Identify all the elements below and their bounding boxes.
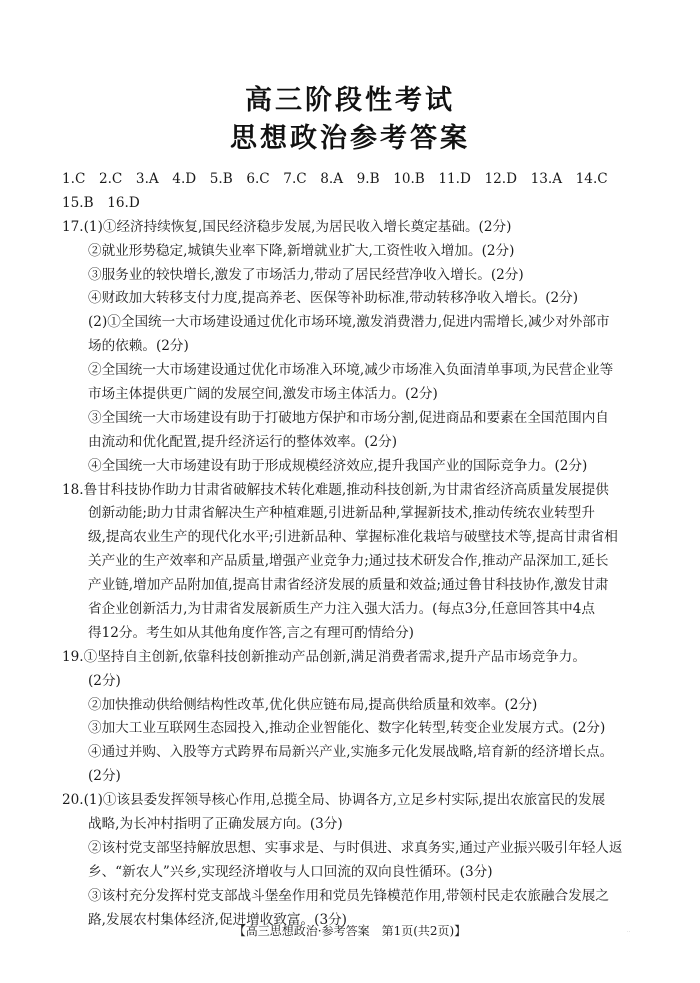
answer-line: ③该村充分发挥村党支部战斗堡垒作用和党员先锋模范作用,带领村民走农旅融合发展之 — [62, 885, 642, 909]
answer-line: ③全国统一大市场建设有助于打破地方保护和市场分割,促进商品和要素在全国范围内自 — [62, 407, 642, 431]
answer-line: 产业链,增加产品附加值,提高甘肃省经济发展的质量和效益;通过鲁甘科技协作,激发甘… — [62, 574, 642, 598]
question-20: 20.(1)①该县委发挥领导核心作用,总揽全局、协调各方,立足乡村实际,提出农旅… — [62, 789, 642, 932]
answer-line: ④财政加大转移支付力度,提高养老、医保等补助标准,带动转移净收入增长。(2分) — [62, 287, 642, 311]
question-18: 18.鲁甘科技协作助力甘肃省破解技术转化难题,推动科技创新,为甘肃省经济高质量发… — [62, 479, 642, 646]
answer-line: 由流动和优化配置,提升经济运行的整体效率。(2分) — [62, 431, 642, 455]
answer-line: 省企业创新活力,为甘肃省发展新质生产力注入强大活力。(每点3分,任意回答其中4点 — [62, 598, 642, 622]
answer-line: 20.(1)①该县委发挥领导核心作用,总揽全局、协调各方,立足乡村实际,提出农旅… — [62, 789, 642, 813]
answer-line: 19.①坚持自主创新,依靠科技创新推动产品创新,满足消费者需求,提升产品市场竞争… — [62, 646, 642, 670]
corner-mark: ·· — [627, 929, 630, 935]
answer-line: ③加大工业互联网生态园投入,推动企业智能化、数字化转型,转变企业发展方式。(2分… — [62, 717, 642, 741]
question-19: 19.①坚持自主创新,依靠科技创新推动产品创新,满足消费者需求,提升产品市场竞争… — [62, 646, 642, 789]
answer-line: ④通过并购、入股等方式跨界布局新兴产业,实施多元化发展战略,培育新的经济增长点。 — [62, 741, 642, 765]
answer-line: 关产业的生产效率和产品质量,增强产业竞争力;通过技术研发合作,推动产品深加工,延… — [62, 550, 642, 574]
document-subtitle: 思想政治参考答案 — [0, 116, 700, 155]
answer-line: 创新动能;助力甘肃省解决生产种植难题,引进新品种,掌握新技术,推动传统农业转型升 — [62, 502, 642, 526]
answer-line: ②该村党支部坚持解放思想、实事求是、与时俱进、求真务实,通过产业振兴吸引年轻人返 — [62, 837, 642, 861]
question-17: 17.(1)①经济持续恢复,国民经济稳步发展,为居民收入增长奠定基础。(2分) … — [62, 216, 642, 479]
answer-line: 级,提高农业生产的现代化水平;引进新品种、掌握标准化栽培与破壁技术等,提高甘肃省… — [62, 526, 642, 550]
answer-line: ③服务业的较快增长,激发了市场活力,带动了居民经营净收入增长。(2分) — [62, 264, 642, 288]
choice-answers-line-2: 15.B 16.D — [62, 192, 642, 216]
answer-line: (2)①全国统一大市场建设通过优化市场环境,激发消费潜力,促进内需增长,减少对外… — [62, 311, 642, 335]
answer-line: 市场主体提供更广阔的发展空间,激发市场主体活力。(2分) — [62, 383, 642, 407]
answer-content: 1.C 2.C 3.A 4.D 5.B 6.C 7.C 8.A 9.B 10.B… — [62, 168, 642, 933]
answer-line: 战略,为长冲村指明了正确发展方向。(3分) — [62, 813, 642, 837]
answer-line: 乡、“新农人”兴乡,实现经济增收与人口回流的双向良性循环。(3分) — [62, 861, 642, 885]
page-footer: 【高三思想政治·参考答案 第1页(共2页)】 — [0, 922, 700, 939]
answer-line: ②就业形势稳定,城镇失业率下降,新增就业扩大,工资性收入增加。(2分) — [62, 240, 642, 264]
answer-line: ④全国统一大市场建设有助于形成规模经济效应,提升我国产业的国际竞争力。(2分) — [62, 455, 642, 479]
answer-line: 场的依赖。(2分) — [62, 335, 642, 359]
choice-answers-line-1: 1.C 2.C 3.A 4.D 5.B 6.C 7.C 8.A 9.B 10.B… — [62, 168, 642, 192]
answer-line: 18.鲁甘科技协作助力甘肃省破解技术转化难题,推动科技创新,为甘肃省经济高质量发… — [62, 479, 642, 503]
answer-line: 17.(1)①经济持续恢复,国民经济稳步发展,为居民收入增长奠定基础。(2分) — [62, 216, 642, 240]
answer-line: 得12分。考生如从其他角度作答,言之有理可酌情给分) — [62, 622, 642, 646]
answer-line: ②加快推动供给侧结构性改革,优化供应链布局,提高供给质量和效率。(2分) — [62, 694, 642, 718]
answer-line: (2分) — [62, 765, 642, 789]
answer-line: (2分) — [62, 670, 642, 694]
answer-line: ②全国统一大市场建设通过优化市场准入环境,减少市场准入负面清单事项,为民营企业等 — [62, 359, 642, 383]
document-title: 高三阶段性考试 — [0, 78, 700, 117]
